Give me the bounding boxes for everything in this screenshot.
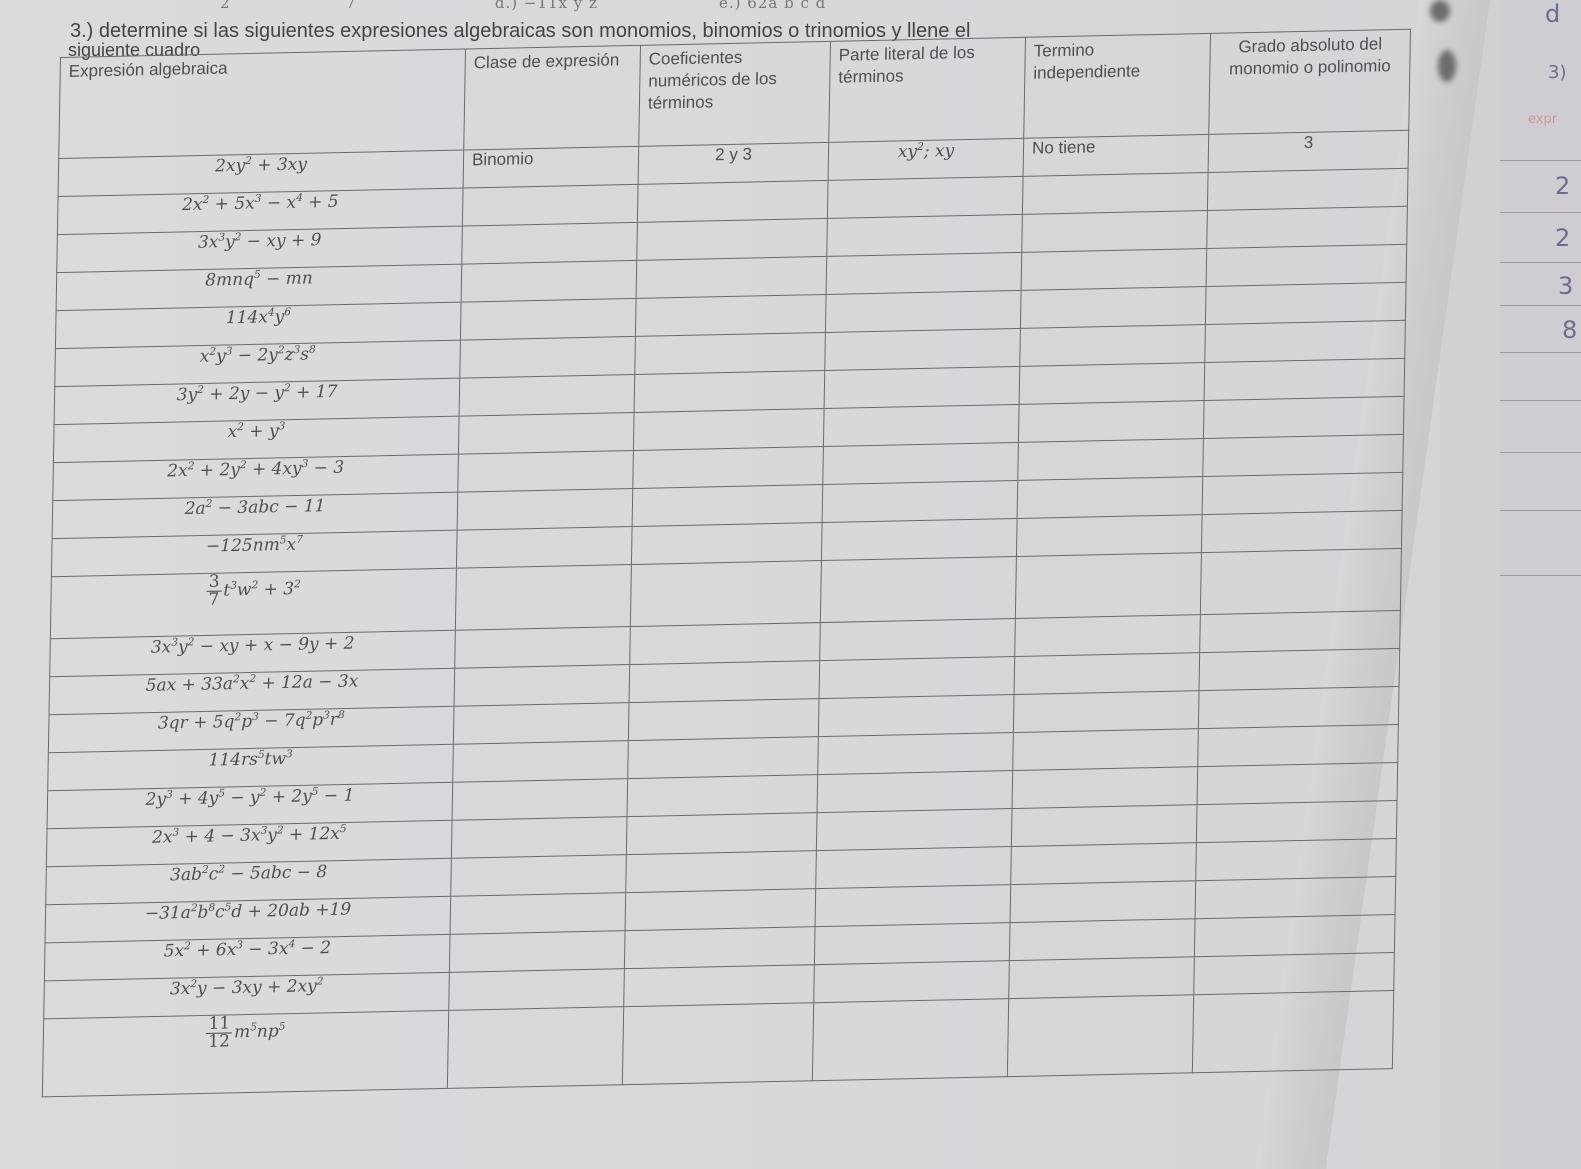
clase-cell[interactable] <box>450 893 626 935</box>
termino-independiente-cell[interactable] <box>1009 919 1195 961</box>
termino-independiente-cell[interactable] <box>1021 248 1207 290</box>
termino-independiente-cell[interactable] <box>1010 881 1196 923</box>
coeficientes-cell[interactable] <box>627 775 818 817</box>
coeficientes-cell[interactable] <box>633 408 824 450</box>
grado-cell[interactable] <box>1195 877 1396 919</box>
fraction: 1112 <box>206 1015 232 1051</box>
parte-literal-cell[interactable] <box>812 999 1008 1081</box>
handwritten-mark: 2 <box>1555 224 1570 252</box>
coeficientes-cell[interactable] <box>635 332 826 374</box>
grado-cell[interactable] <box>1204 358 1405 400</box>
clase-cell[interactable] <box>458 412 634 454</box>
clase-cell[interactable] <box>449 931 625 973</box>
clase-cell[interactable]: Binomio <box>463 146 639 188</box>
coeficientes-cell[interactable] <box>629 661 820 703</box>
coeficientes-cell[interactable] <box>635 294 826 336</box>
parte-literal-cell[interactable] <box>818 695 1014 737</box>
termino-independiente-cell[interactable] <box>1018 401 1204 443</box>
grado-cell[interactable] <box>1205 320 1406 362</box>
clase-cell[interactable] <box>459 374 635 416</box>
coeficientes-cell[interactable] <box>626 813 817 855</box>
parte-literal-cell[interactable] <box>827 176 1023 218</box>
termino-independiente-cell[interactable] <box>1011 805 1197 847</box>
termino-independiente-cell[interactable]: No tiene <box>1023 134 1209 176</box>
coeficientes-cell[interactable]: 2 y 3 <box>638 142 829 184</box>
handwritten-mark: 8 <box>1562 316 1577 344</box>
handwritten-mark: 2 <box>1555 172 1570 200</box>
grado-cell[interactable] <box>1203 434 1404 476</box>
previous-exercise-fragment: 2 7 d.) −11x y z e.) 62a b c d <box>220 0 826 12</box>
termino-independiente-cell[interactable] <box>1016 515 1202 557</box>
parte-literal-cell[interactable] <box>814 923 1010 965</box>
termino-independiente-cell[interactable] <box>1009 957 1195 999</box>
coeficientes-cell[interactable] <box>633 447 824 489</box>
grado-cell[interactable] <box>1192 991 1393 1073</box>
parte-literal-cell[interactable] <box>822 480 1018 522</box>
clase-cell[interactable] <box>447 1007 623 1089</box>
coeficientes-cell[interactable] <box>630 623 821 665</box>
grado-cell[interactable] <box>1194 953 1395 995</box>
coeficientes-cell[interactable] <box>630 561 821 627</box>
header-grado: Grado absoluto del monomio o polinomio <box>1209 29 1411 134</box>
grado-cell[interactable] <box>1202 472 1403 514</box>
clase-cell[interactable] <box>453 741 629 783</box>
clase-cell[interactable] <box>452 779 628 821</box>
handwritten-red-note: expr <box>1528 112 1557 127</box>
coeficientes-cell[interactable] <box>626 851 817 893</box>
coeficientes-cell[interactable] <box>622 1003 813 1085</box>
coeficientes-cell[interactable] <box>631 523 822 565</box>
handwritten-mark: d <box>1545 0 1560 28</box>
grado-cell[interactable] <box>1196 800 1397 842</box>
coeficientes-cell[interactable] <box>624 927 815 969</box>
termino-independiente-cell[interactable] <box>1015 615 1201 657</box>
termino-independiente-cell[interactable] <box>1012 767 1198 809</box>
grado-cell[interactable] <box>1201 510 1402 552</box>
coeficientes-cell[interactable] <box>637 180 828 222</box>
parte-literal-cell[interactable] <box>827 214 1023 256</box>
exercise-table: Expresión algebraica Clase de expresión … <box>42 29 1411 1098</box>
parte-literal-cell[interactable] <box>825 328 1021 370</box>
coeficientes-cell[interactable] <box>637 218 828 260</box>
clase-cell[interactable] <box>458 450 634 492</box>
clase-cell[interactable] <box>461 260 637 302</box>
fraction: 37 <box>206 574 221 609</box>
header-clase: Clase de expresión <box>464 45 641 150</box>
clase-cell[interactable] <box>451 817 627 859</box>
parte-literal-cell[interactable] <box>816 809 1012 851</box>
clase-cell[interactable] <box>462 184 638 226</box>
clase-cell[interactable] <box>449 969 625 1011</box>
parte-literal-cell[interactable] <box>816 847 1012 889</box>
binder-hole-shadow <box>1430 0 1450 22</box>
grado-cell[interactable] <box>1194 915 1395 957</box>
clase-cell[interactable] <box>455 627 631 669</box>
clase-cell[interactable] <box>460 336 636 378</box>
coeficientes-cell[interactable] <box>636 256 827 298</box>
coeficientes-cell[interactable] <box>632 485 823 527</box>
parte-literal-cell[interactable] <box>820 556 1016 622</box>
grado-cell[interactable] <box>1207 168 1408 210</box>
binder-hole-shadow <box>1438 50 1456 82</box>
clase-cell[interactable] <box>455 565 631 631</box>
header-parte-literal: Parte literal de los términos <box>829 37 1026 142</box>
termino-independiente-cell[interactable] <box>1019 363 1205 405</box>
header-coeficientes: Coeficientes numéricos de los términos <box>639 41 831 146</box>
parte-literal-cell[interactable] <box>826 252 1022 294</box>
parte-literal-cell[interactable] <box>820 618 1016 660</box>
termino-independiente-cell[interactable] <box>1011 843 1197 885</box>
parte-literal-cell[interactable] <box>814 961 1010 1003</box>
clase-cell[interactable] <box>454 665 630 707</box>
clase-cell[interactable] <box>456 527 632 569</box>
termino-independiente-cell[interactable] <box>1015 553 1201 619</box>
expression-cell: 1112m5np5 <box>42 1010 448 1097</box>
coeficientes-cell[interactable] <box>625 889 816 931</box>
grado-cell[interactable] <box>1198 724 1399 766</box>
coeficientes-cell[interactable] <box>634 370 825 412</box>
parte-literal-cell[interactable] <box>818 733 1014 775</box>
instructions-line1: 3.) determine si las siguientes expresio… <box>70 20 970 43</box>
termino-independiente-cell[interactable] <box>1020 286 1206 328</box>
termino-independiente-cell[interactable] <box>1007 995 1193 1077</box>
header-termino-independiente: Termino independiente <box>1024 33 1211 138</box>
termino-independiente-cell[interactable] <box>1020 325 1206 367</box>
parte-literal-cell[interactable]: xy2; xy <box>828 138 1024 180</box>
parte-literal-cell[interactable] <box>817 771 1013 813</box>
termino-independiente-cell[interactable] <box>1022 172 1208 214</box>
clase-cell[interactable] <box>451 855 627 897</box>
termino-independiente-cell[interactable] <box>1013 729 1199 771</box>
grado-cell[interactable]: 3 <box>1208 130 1409 172</box>
termino-independiente-cell[interactable] <box>1013 691 1199 733</box>
grado-cell[interactable] <box>1196 839 1397 881</box>
grado-cell[interactable] <box>1205 282 1406 324</box>
termino-independiente-cell[interactable] <box>1017 477 1203 519</box>
exercise-table-container: Expresión algebraica Clase de expresión … <box>42 29 1411 1098</box>
termino-independiente-cell[interactable] <box>1014 653 1200 695</box>
expression-cell: 37t3w2 + 32 <box>50 568 456 639</box>
grado-cell[interactable] <box>1206 244 1407 286</box>
parte-literal-cell[interactable] <box>819 657 1015 699</box>
termino-independiente-cell[interactable] <box>1018 439 1204 481</box>
handwritten-mark: 3) <box>1548 62 1566 83</box>
clase-cell[interactable] <box>460 298 636 340</box>
grado-cell[interactable] <box>1200 548 1401 614</box>
coeficientes-cell[interactable] <box>628 699 819 741</box>
parte-literal-cell[interactable] <box>825 290 1021 332</box>
termino-independiente-cell[interactable] <box>1022 210 1208 252</box>
header-expresion: Expresión algebraica <box>59 49 466 159</box>
clase-cell[interactable] <box>453 703 629 745</box>
grado-cell[interactable] <box>1198 686 1399 728</box>
coeficientes-cell[interactable] <box>624 965 815 1007</box>
parte-literal-cell[interactable] <box>821 518 1017 560</box>
parte-literal-cell[interactable] <box>824 366 1020 408</box>
parte-literal-cell[interactable] <box>823 442 1019 484</box>
grado-cell[interactable] <box>1197 762 1398 804</box>
grado-cell[interactable] <box>1203 396 1404 438</box>
parte-literal-cell[interactable] <box>823 404 1019 446</box>
handwritten-mark: 3 <box>1558 272 1573 300</box>
coeficientes-cell[interactable] <box>628 737 819 779</box>
grado-cell[interactable] <box>1199 648 1400 690</box>
grado-cell[interactable] <box>1207 206 1408 248</box>
clase-cell[interactable] <box>457 489 633 531</box>
grado-cell[interactable] <box>1200 610 1401 652</box>
parte-literal-cell[interactable] <box>815 885 1011 927</box>
clase-cell[interactable] <box>462 222 638 264</box>
